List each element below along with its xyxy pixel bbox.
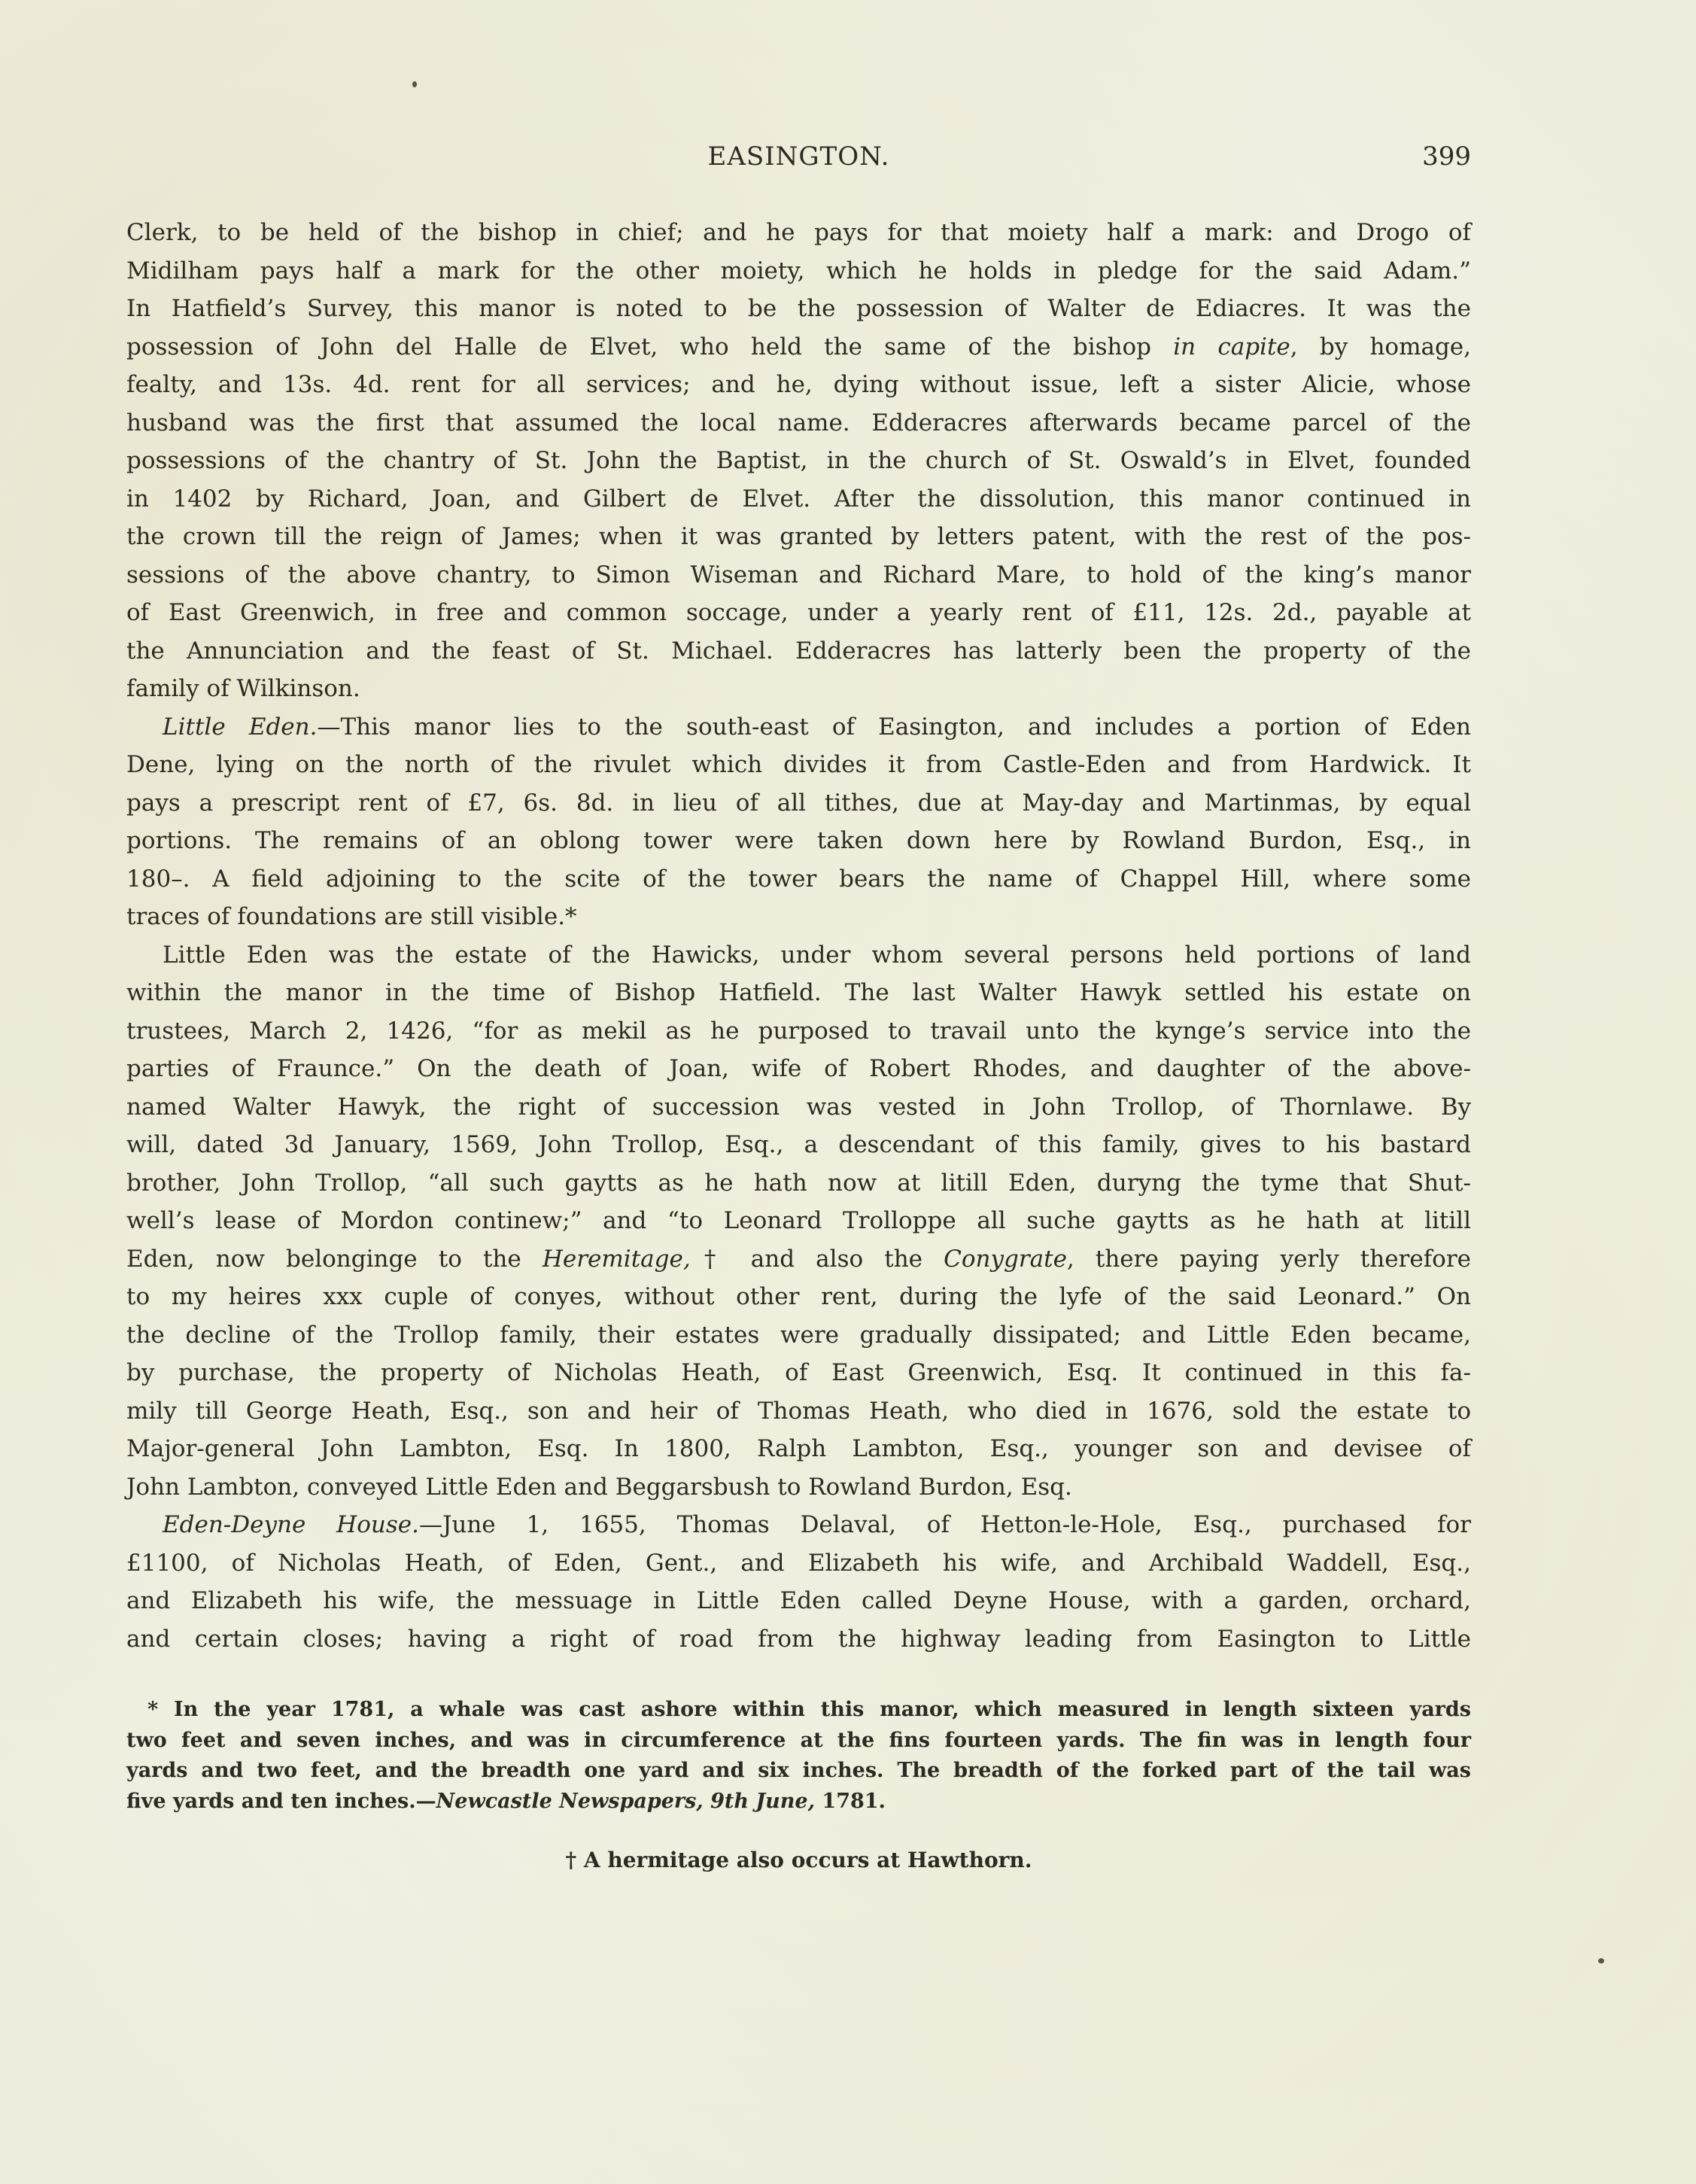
text-line: five yards and ten inches.—Newcastle New… [126,1787,1471,1817]
text-line: in 1402 by Richard, Joan, and Gilbert de… [126,480,1471,519]
text-run: possession of John del Halle de Elvet, w… [126,333,1173,360]
text-line: £1100, of Nicholas Heath, of Eden, Gent.… [126,1544,1471,1583]
italic-text: Little Eden. [163,713,317,741]
text-line: Dene, lying on the north of the rivulet … [126,746,1471,784]
text-line: sessions of the above chantry, to Simon … [126,556,1471,595]
text-line: trustees, March 2, 1426, “for as mekil a… [126,1012,1471,1051]
italic-text: Heremitage, [543,1246,691,1273]
italic-text: in capite [1173,333,1290,360]
text-line: brother, John Trollop, “all such gaytts … [126,1164,1471,1203]
text-run: five yards and ten inches.— [126,1790,436,1813]
text-line: family of Wilkinson. [126,670,1471,708]
text-line: possessions of the chantry of St. John t… [126,442,1471,480]
text-run: —This manor lies to the south-east of Ea… [317,713,1471,741]
text-line: and Elizabeth his wife, the messuage in … [126,1582,1471,1620]
text-line: In Hatfield’s Survey, this manor is note… [126,290,1471,328]
page-number: 399 [1422,141,1471,172]
text-line: * In the year 1781, a whale was cast ash… [126,1695,1471,1726]
text-line: pays a prescript rent of £7, 6s. 8d. in … [126,784,1471,823]
text-line: Little Eden was the estate of the Hawick… [126,936,1471,975]
paper-speck [1598,1958,1604,1963]
text-line: by purchase, the property of Nicholas He… [126,1354,1471,1392]
text-line: husband was the first that assumed the l… [126,404,1471,443]
text-run: Eden, now belonginge to the [126,1246,543,1273]
text-run: , by homage, [1290,333,1471,360]
text-line: parties of Fraunce.” On the death of Joa… [126,1050,1471,1088]
text-line: portions. The remains of an oblong tower… [126,822,1471,860]
page-header: EASINGTON. 399 [126,141,1471,175]
text-line: Eden, now belonginge to the Heremitage,†… [126,1240,1471,1279]
text-line: within the manor in the time of Bishop H… [126,974,1471,1012]
text-line: two feet and seven inches, and was in ci… [126,1726,1471,1757]
text-run: † and also the [691,1246,944,1273]
text-line: and certain closes; having a right of ro… [126,1620,1471,1659]
text-line: of East Greenwich, in free and common so… [126,594,1471,632]
text-line: the decline of the Trollop family, their… [126,1316,1471,1355]
footnote-whale: * In the year 1781, a whale was cast ash… [126,1695,1471,1817]
text-line: Little Eden.—This manor lies to the sout… [126,708,1471,747]
footnotes: * In the year 1781, a whale was cast ash… [126,1695,1471,1875]
text-line: the crown till the reign of James; when … [126,518,1471,556]
text-line: Clerk, to be held of the bishop in chief… [126,214,1471,252]
text-line: the Annunciation and the feast of St. Mi… [126,632,1471,671]
text-line: Eden-Deyne House.—June 1, 1655, Thomas D… [126,1506,1471,1544]
text-line: John Lambton, conveyed Little Eden and B… [126,1468,1471,1507]
text-line: 180–. A field adjoining to the scite of … [126,860,1471,899]
italic-text: Eden-Deyne House. [163,1511,419,1538]
running-title: EASINGTON. [126,141,1471,172]
text-line: will, dated 3d January, 1569, John Troll… [126,1126,1471,1164]
text-line: traces of foundations are still visible.… [126,898,1471,936]
italic-text: Newcastle Newspapers, 9th June, [436,1790,815,1813]
text-line: named Walter Hawyk, the right of success… [126,1088,1471,1127]
text-line: well’s lease of Mordon continew;” and “t… [126,1202,1471,1240]
body-text: Clerk, to be held of the bishop in chief… [126,214,1471,1658]
text-line: to my heires xxx cuple of conyes, withou… [126,1278,1471,1316]
text-line: possession of John del Halle de Elvet, w… [126,328,1471,367]
text-run: —June 1, 1655, Thomas Delaval, of Hetton… [419,1511,1471,1538]
italic-text: Conygrate [944,1246,1067,1273]
text-line: Midilham pays half a mark for the other … [126,252,1471,290]
text-line: Major-general John Lambton, Esq. In 1800… [126,1430,1471,1468]
text-run: 1781. [815,1790,886,1813]
text-run: , there paying yerly therefore [1067,1246,1471,1273]
paper-speck [412,81,417,87]
text-line: mily till George Heath, Esq., son and he… [126,1392,1471,1431]
footnote-hermitage: † A hermitage also occurs at Hawthorn. [126,1845,1471,1875]
text-line: yards and two feet, and the breadth one … [126,1756,1471,1787]
book-page: EASINGTON. 399 Clerk, to be held of the … [0,0,1696,2184]
text-line: fealty, and 13s. 4d. rent for all servic… [126,366,1471,404]
